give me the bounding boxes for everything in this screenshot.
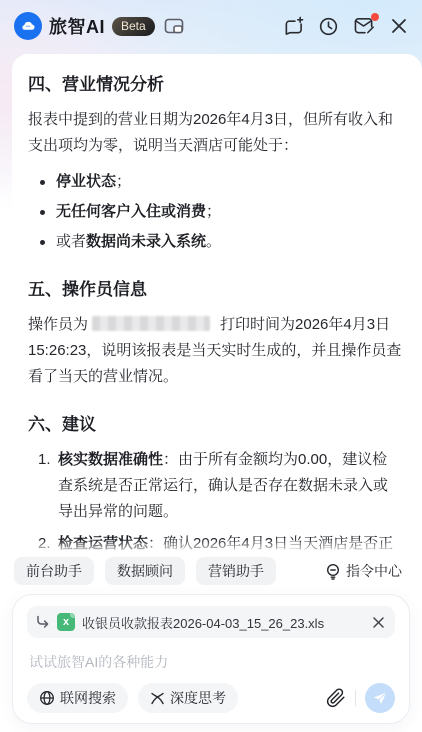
section-heading-5: 五、操作员信息: [28, 275, 402, 300]
chat-input[interactable]: [29, 652, 393, 672]
history-icon[interactable]: [318, 16, 339, 37]
section-heading-6: 六、建议: [28, 410, 402, 435]
list-item: 检查运营状态：确认2026年4月3日当天酒店是否正常营业，是否存在系统性问题导致…: [28, 531, 402, 553]
command-center-label: 指令中心: [346, 561, 402, 581]
quick-assistant-row: 前台助手 数据顾问 营销助手 指令中心: [0, 557, 422, 585]
notification-dot: [371, 13, 379, 21]
reply-arrow-icon: [35, 615, 50, 629]
attachment-filename: 收银员收款报表2026-04-03_15_26_23.xls: [82, 613, 365, 632]
excel-file-icon: x: [57, 613, 75, 631]
paperclip-icon[interactable]: [326, 688, 346, 708]
deep-think-toggle[interactable]: 深度思考: [138, 683, 238, 713]
web-search-label: 联网搜索: [60, 688, 116, 708]
top-bar: 旅智AI Beta: [0, 0, 422, 52]
list-item: 停业状态；: [28, 169, 402, 195]
remove-attachment-icon[interactable]: [372, 616, 385, 629]
section4-bullet-list: 停业状态； 无任何客户入住或消费； 或者数据尚未录入系统。: [28, 169, 402, 255]
attachment-chip[interactable]: x 收银员收款报表2026-04-03_15_26_23.xls: [27, 606, 395, 638]
list-item: 或者数据尚未录入系统。: [28, 229, 402, 255]
chat-message-card: 四、营业情况分析 报表中提到的营业日期为2026年4月3日，但所有收入和支出项均…: [12, 54, 422, 553]
send-button[interactable]: [365, 683, 395, 713]
section6-advice-list: 核实数据准确性：由于所有金额均为0.00，建议检查系统是否正常运行，确认是否存在…: [28, 447, 402, 553]
section4-intro: 报表中提到的营业日期为2026年4月3日，但所有收入和支出项均为零，说明当天酒店…: [28, 107, 402, 159]
globe-icon: [39, 690, 55, 706]
chip-front-desk-assistant[interactable]: 前台助手: [14, 557, 94, 585]
top-bar-actions: [283, 16, 408, 37]
feedback-mail-icon[interactable]: [353, 16, 376, 36]
picture-in-picture-icon[interactable]: [164, 18, 184, 35]
app-logo: [14, 12, 42, 40]
section5-paragraph: 操作员为打印时间为2026年4月3日15:26:23，说明该报表是当天实时生成的…: [28, 312, 402, 390]
deep-think-label: 深度思考: [170, 688, 226, 708]
cloud-icon: [19, 17, 37, 35]
lightbulb-icon: [325, 563, 341, 580]
close-icon[interactable]: [390, 17, 408, 35]
new-chat-icon[interactable]: [283, 16, 304, 36]
list-item: 无任何客户入住或消费；: [28, 199, 402, 225]
app-title: 旅智AI: [49, 13, 105, 39]
list-item: 核实数据准确性：由于所有金额均为0.00，建议检查系统是否正常运行，确认是否存在…: [28, 447, 402, 525]
divider: [355, 690, 356, 706]
message-composer: x 收银员收款报表2026-04-03_15_26_23.xls 联网搜索: [12, 594, 410, 724]
beta-badge: Beta: [112, 17, 155, 36]
redacted-operator-name: [92, 316, 210, 331]
web-search-toggle[interactable]: 联网搜索: [27, 683, 128, 713]
command-center-button[interactable]: 指令中心: [319, 557, 408, 585]
chip-data-consultant[interactable]: 数据顾问: [105, 557, 185, 585]
deep-think-icon: [150, 691, 165, 706]
section-heading-4: 四、营业情况分析: [28, 70, 402, 95]
composer-right-actions: [326, 683, 395, 713]
composer-actions: 联网搜索 深度思考: [27, 683, 395, 713]
chip-marketing-assistant[interactable]: 营销助手: [196, 557, 276, 585]
